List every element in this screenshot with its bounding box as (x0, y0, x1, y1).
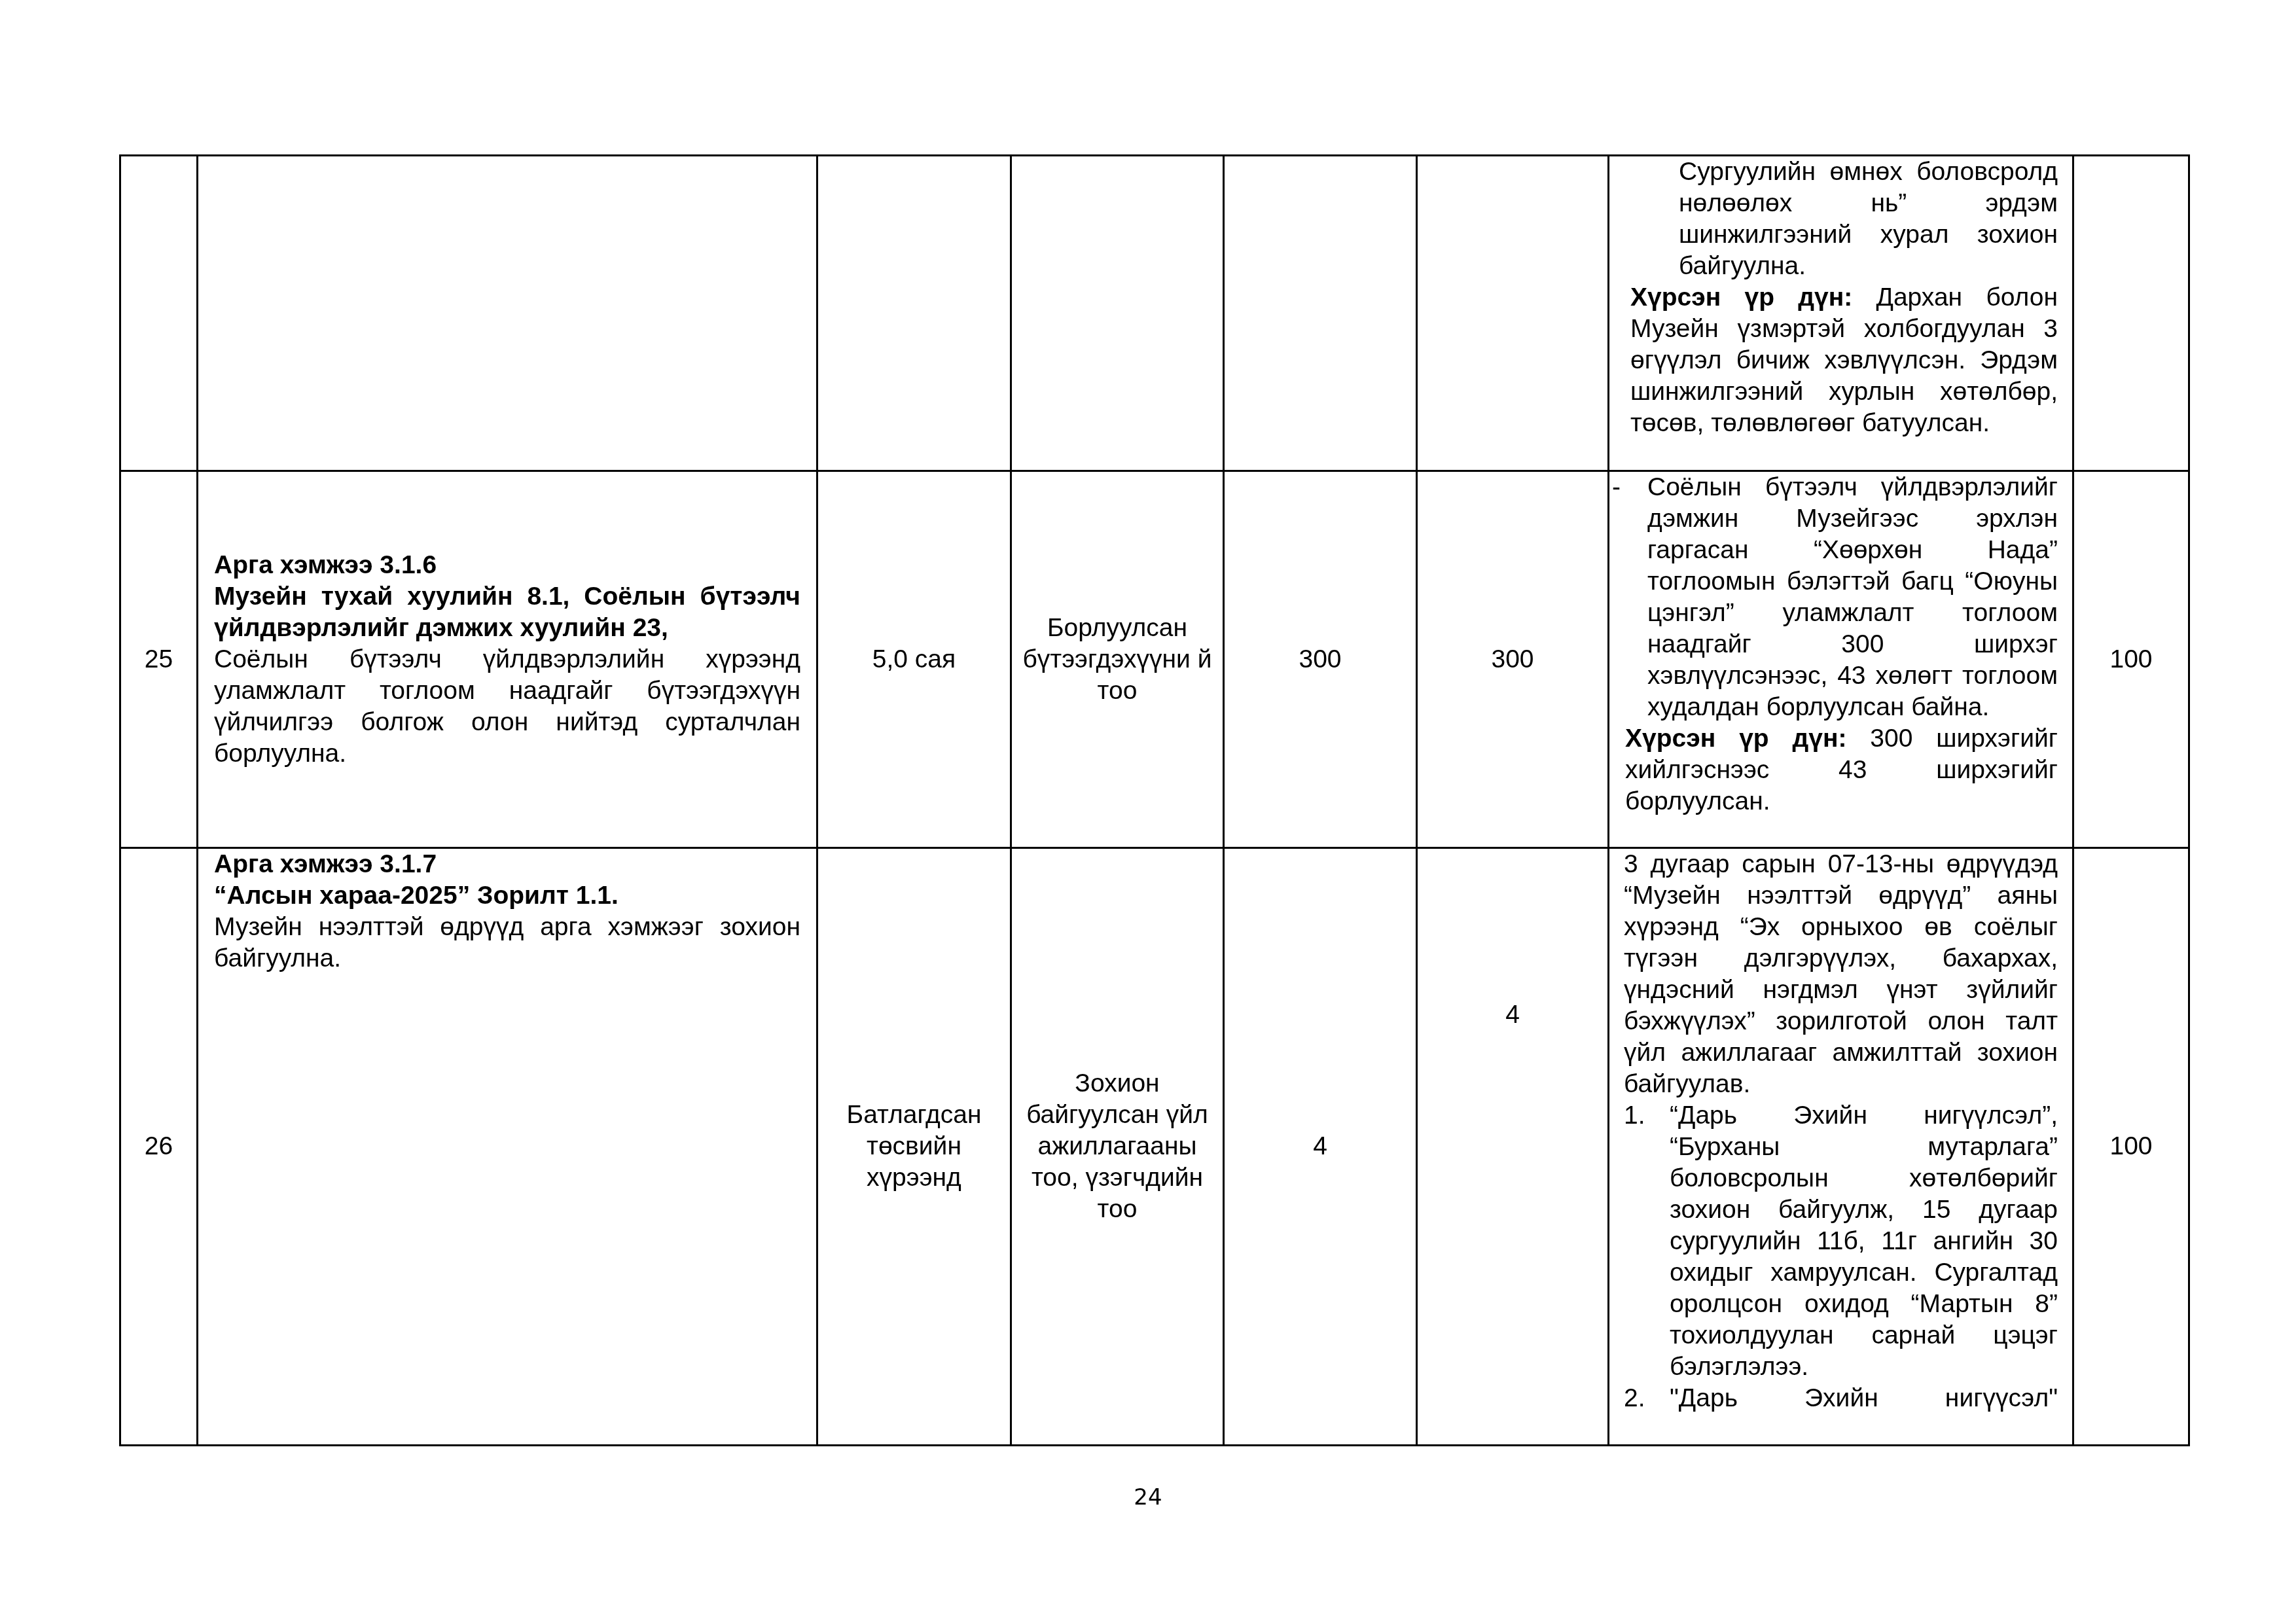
results-intro: 3 дугаар сарын 07-13-ны өдрүүдэд “Музейн… (1624, 849, 2058, 1100)
percentage-cell: 100 (2073, 848, 2189, 1446)
indicator-cell: Борлуулсан бүтээгдэхүүни й тоо (1011, 471, 1224, 848)
indicator-cell: Зохион байгуулсан үйл ажиллагааны тоо, ү… (1011, 848, 1224, 1446)
results-cell: - Соёлын бүтээлч үйлдвэрлэлийг дэмжин Му… (1609, 471, 2073, 848)
table-row: 26 Арга хэмжээ 3.1.7 “Алсын хараа-2025” … (120, 848, 2189, 1446)
plan-cell: 300 (1224, 471, 1417, 848)
plan-cell (1224, 156, 1417, 471)
budget-cell (817, 156, 1011, 471)
percentage-cell (2073, 156, 2189, 471)
actual-cell (1417, 156, 1609, 471)
actual-cell: 4 (1417, 848, 1609, 1446)
table-row: 25 Арга хэмжээ 3.1.6 Музейн тухай хуулий… (120, 471, 2189, 848)
results-cell: 3 дугаар сарын 07-13-ны өдрүүдэд “Музейн… (1609, 848, 2073, 1446)
results-bullet-item: - Соёлын бүтээлч үйлдвэрлэлийг дэмжин Му… (1624, 472, 2058, 723)
results-continuation: Сургуулийн өмнөх боловсролд нөлөөлөх нь”… (1624, 156, 2058, 282)
budget-cell: Батлагдсан төсвийн хүрээнд (817, 848, 1011, 1446)
dash-bullet: - (1612, 472, 1621, 503)
list-item-text: "Дарь Эхийн нигүүсэл" (1670, 1384, 2058, 1412)
achieved-label: Хүрсэн үр дүн: (1630, 283, 1852, 312)
activity-cell: Арга хэмжээ 3.1.7 “Алсын хараа-2025” Зор… (198, 848, 817, 1446)
activity-cell: Арга хэмжээ 3.1.6 Музейн тухай хуулийн 8… (198, 471, 817, 848)
budget-cell: 5,0 сая (817, 471, 1011, 848)
plan-cell: 4 (1224, 848, 1417, 1446)
activity-cell (198, 156, 817, 471)
list-marker: 1. (1624, 1100, 1645, 1132)
percentage-cell: 100 (2073, 471, 2189, 848)
actual-cell: 300 (1417, 471, 1609, 848)
row-number-cell: 25 (120, 471, 198, 848)
activity-title: Арга хэмжээ 3.1.6 (214, 550, 800, 581)
activity-basis: Музейн тухай хуулийн 8.1, Соёлын бүтээлч… (214, 581, 800, 644)
table-row: Сургуулийн өмнөх боловсролд нөлөөлөх нь”… (120, 156, 2189, 471)
activity-description: Соёлын бүтээлч үйлдвэрлэлийн хүрээнд ула… (214, 644, 800, 770)
indicator-cell (1011, 156, 1224, 471)
results-cell: Сургуулийн өмнөх боловсролд нөлөөлөх нь”… (1609, 156, 2073, 471)
results-bullet-text: Соёлын бүтээлч үйлдвэрлэлийг дэмжин Музе… (1647, 473, 2058, 721)
results-list-item: 2. "Дарь Эхийн нигүүсэл" (1624, 1383, 2058, 1414)
list-item-text: “Дарь Эхийн нигүүлсэл”, “Бурханы мутарла… (1670, 1101, 2058, 1381)
list-marker: 2. (1624, 1383, 1645, 1414)
page-number: 24 (0, 1484, 2296, 1510)
activity-basis: “Алсын хараа-2025” Зорилт 1.1. (214, 880, 800, 912)
report-table: Сургуулийн өмнөх боловсролд нөлөөлөх нь”… (119, 154, 2190, 1446)
row-number-cell: 26 (120, 848, 198, 1446)
activity-title: Арга хэмжээ 3.1.7 (214, 849, 800, 880)
results-list-item: 1. “Дарь Эхийн нигүүлсэл”, “Бурханы мута… (1624, 1100, 2058, 1383)
row-number-cell (120, 156, 198, 471)
activity-description: Музейн нээлттэй өдрүүд арга хэмжээг зохи… (214, 912, 800, 974)
achieved-label: Хүрсэн үр дүн: (1625, 724, 1847, 753)
